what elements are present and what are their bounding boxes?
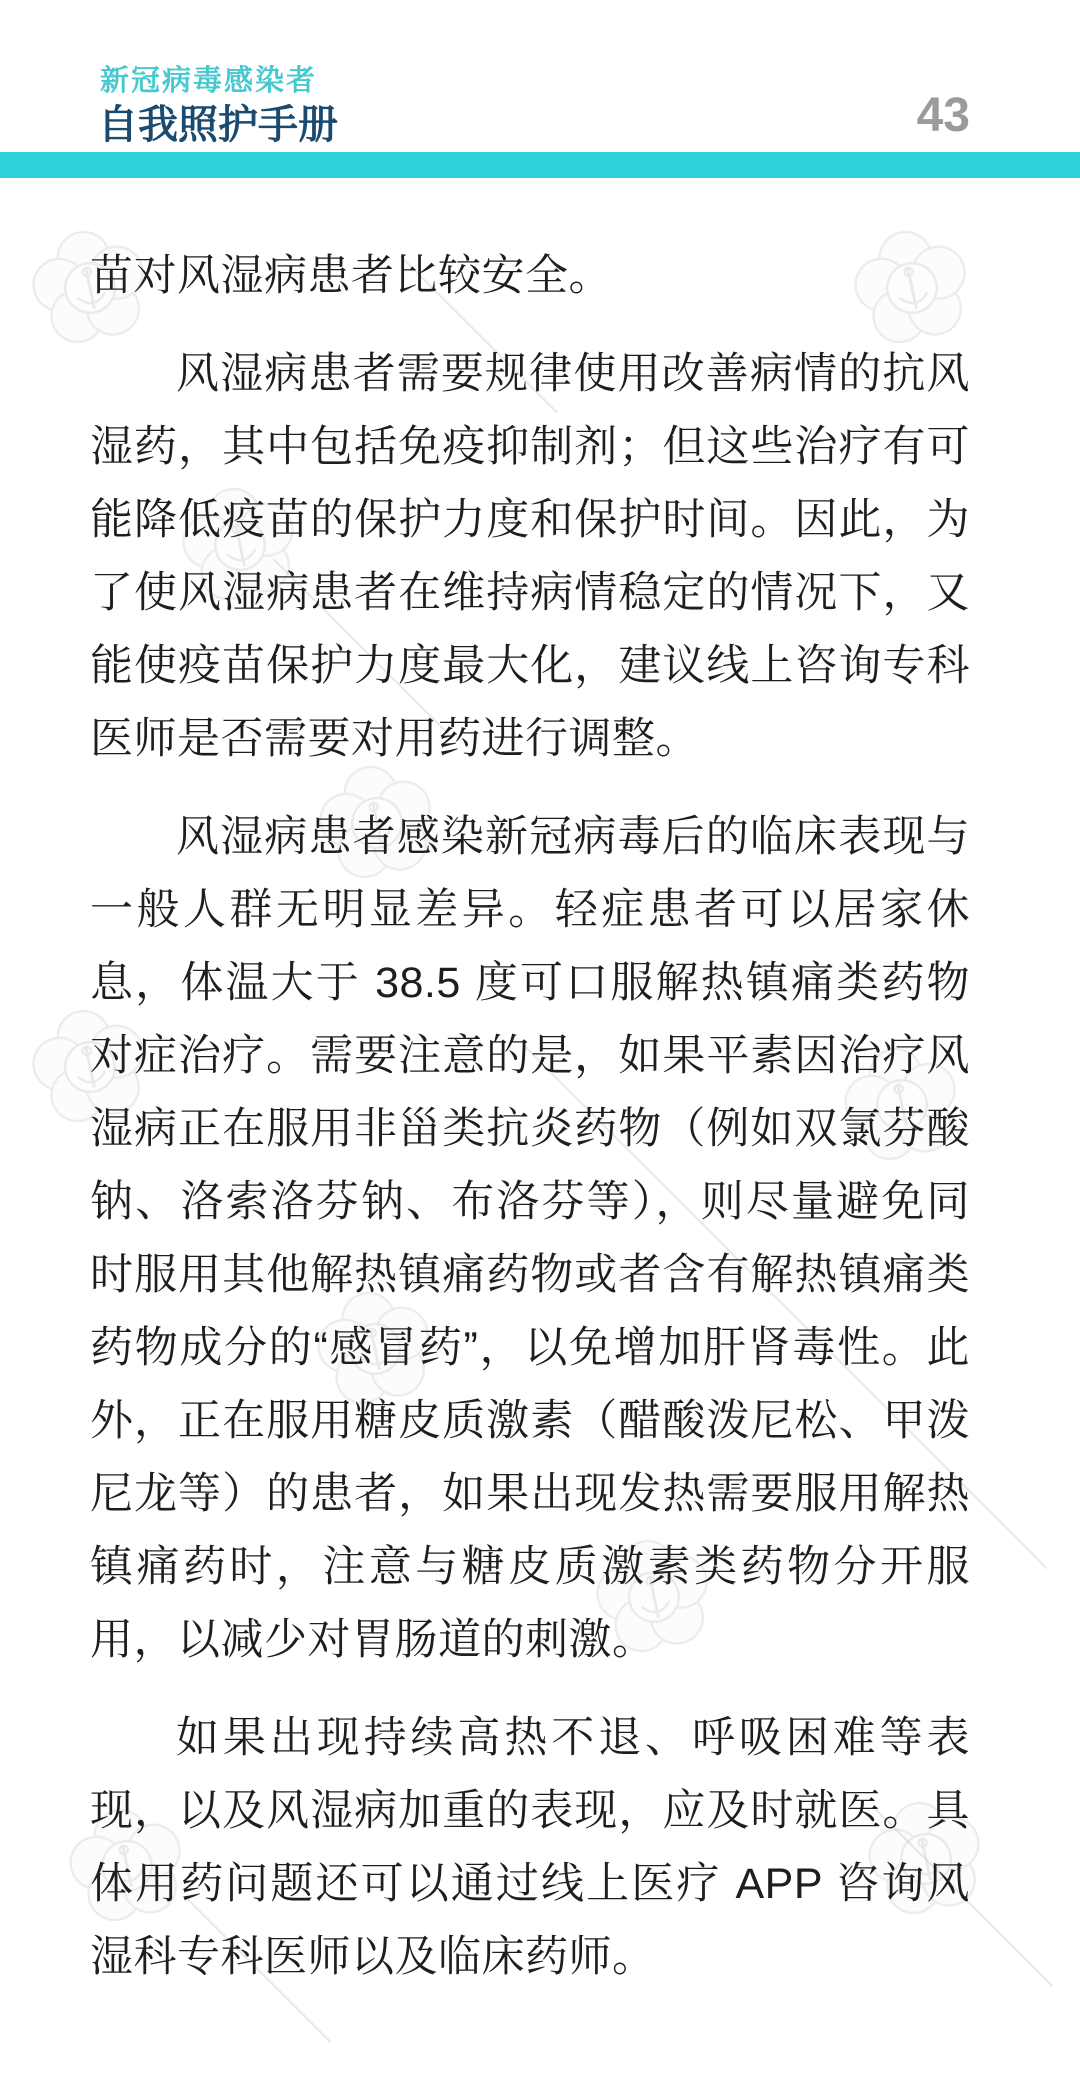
paragraph: 如果出现持续高热不退、呼吸困难等表现，以及风湿病加重的表现，应及时就医。具体用药… bbox=[90, 1702, 970, 1994]
paragraph: 风湿病患者需要规律使用改善病情的抗风湿药，其中包括免疫抑制剂；但这些治疗有可能降… bbox=[90, 338, 970, 776]
paragraph: 风湿病患者感染新冠病毒后的临床表现与一般人群无明显差异。轻症患者可以居家休息，体… bbox=[90, 801, 970, 1677]
body-text: 苗对风湿病患者比较安全。风湿病患者需要规律使用改善病情的抗风湿药，其中包括免疫抑… bbox=[90, 240, 970, 2019]
page-number: 43 bbox=[917, 92, 970, 140]
paragraph: 苗对风湿病患者比较安全。 bbox=[90, 240, 970, 313]
handbook-page: 新冠病毒感染者 自我照护手册 43 苗对风湿病患者比较安全。风湿病患者需要规律使… bbox=[0, 0, 1080, 2092]
handbook-title: 自我照护手册 bbox=[98, 93, 338, 150]
header-divider-bar bbox=[0, 152, 1080, 178]
page-header: 新冠病毒感染者 自我照护手册 43 bbox=[0, 0, 1080, 152]
